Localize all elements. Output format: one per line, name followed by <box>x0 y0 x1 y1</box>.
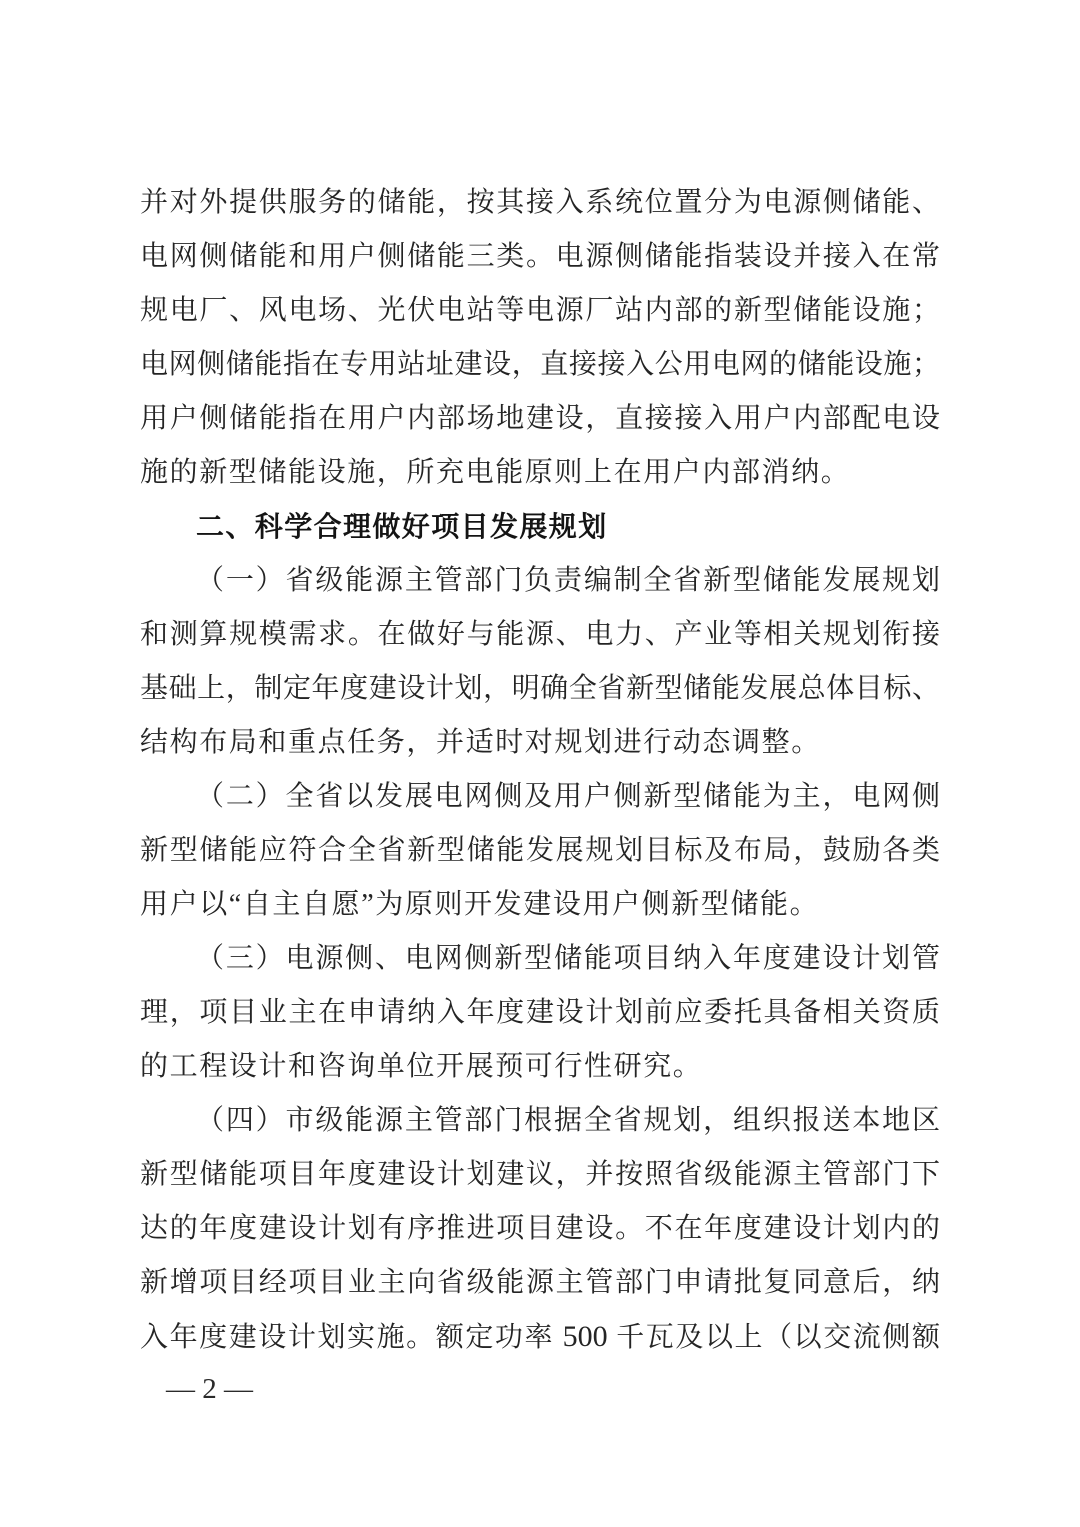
intro-paragraph: 并对外提供服务的储能，按其接入系统位置分为电源侧储能、 电网侧储能和用户侧储能三… <box>140 176 940 500</box>
intro-line-4: 电网侧储能指在专用站址建设，直接接入公用电网的储能设施； <box>140 338 940 392</box>
item4-line-1: （四）市级能源主管部门根据全省规划，组织报送本地区 <box>140 1094 940 1148</box>
item4-paragraph: （四）市级能源主管部门根据全省规划，组织报送本地区 新型储能项目年度建设计划建议… <box>140 1094 940 1364</box>
item2-paragraph: （二）全省以发展电网侧及用户侧新型储能为主，电网侧 新型储能应符合全省新型储能发… <box>140 770 940 932</box>
section-heading: 二、科学合理做好项目发展规划 <box>140 500 940 554</box>
page-footer: — 2 — <box>166 1372 253 1406</box>
item4-line-2: 新型储能项目年度建设计划建议，并按照省级能源主管部门下 <box>140 1148 940 1202</box>
item1-line-1: （一）省级能源主管部门负责编制全省新型储能发展规划 <box>140 554 940 608</box>
item4-line-3: 达的年度建设计划有序推进项目建设。不在年度建设计划内的 <box>140 1202 940 1256</box>
rated-power-value: 500 <box>563 1320 608 1353</box>
document-body: 并对外提供服务的储能，按其接入系统位置分为电源侧储能、 电网侧储能和用户侧储能三… <box>140 176 940 1364</box>
item3-line-2: 理，项目业主在申请纳入年度建设计划前应委托具备相关资质 <box>140 986 940 1040</box>
item4-line-5-pre: 入年度建设计划实施。额定功率 <box>140 1322 563 1353</box>
item1-line-4: 结构布局和重点任务，并适时对规划进行动态调整。 <box>140 716 940 770</box>
item4-line-4: 新增项目经项目业主向省级能源主管部门申请批复同意后，纳 <box>140 1256 940 1310</box>
intro-line-3: 规电厂、风电场、光伏电站等电源厂站内部的新型储能设施； <box>140 284 940 338</box>
item4-line-5: 入年度建设计划实施。额定功率 500 千瓦及以上（以交流侧额 <box>140 1310 940 1364</box>
intro-line-2: 电网侧储能和用户侧储能三类。电源侧储能指装设并接入在常 <box>140 230 940 284</box>
item4-line-5-post: 千瓦及以上（以交流侧额 <box>608 1322 940 1353</box>
document-page: 并对外提供服务的储能，按其接入系统位置分为电源侧储能、 电网侧储能和用户侧储能三… <box>0 0 1080 1527</box>
item2-line-1: （二）全省以发展电网侧及用户侧新型储能为主，电网侧 <box>140 770 940 824</box>
item2-line-2: 新型储能应符合全省新型储能发展规划目标及布局，鼓励各类 <box>140 824 940 878</box>
item2-line-3: 用户以“自主自愿”为原则开发建设用户侧新型储能。 <box>140 878 940 932</box>
item3-line-3: 的工程设计和咨询单位开展预可行性研究。 <box>140 1040 940 1094</box>
page-number: — 2 — <box>166 1373 253 1405</box>
item3-line-1: （三）电源侧、电网侧新型储能项目纳入年度建设计划管 <box>140 932 940 986</box>
item1-paragraph: （一）省级能源主管部门负责编制全省新型储能发展规划 和测算规模需求。在做好与能源… <box>140 554 940 770</box>
intro-line-5: 用户侧储能指在用户内部场地建设，直接接入用户内部配电设 <box>140 392 940 446</box>
item1-line-2: 和测算规模需求。在做好与能源、电力、产业等相关规划衔接 <box>140 608 940 662</box>
item3-paragraph: （三）电源侧、电网侧新型储能项目纳入年度建设计划管 理，项目业主在申请纳入年度建… <box>140 932 940 1094</box>
intro-line-6: 施的新型储能设施，所充电能原则上在用户内部消纳。 <box>140 446 940 500</box>
item1-line-3: 基础上，制定年度建设计划，明确全省新型储能发展总体目标、 <box>140 662 940 716</box>
intro-line-1: 并对外提供服务的储能，按其接入系统位置分为电源侧储能、 <box>140 176 940 230</box>
